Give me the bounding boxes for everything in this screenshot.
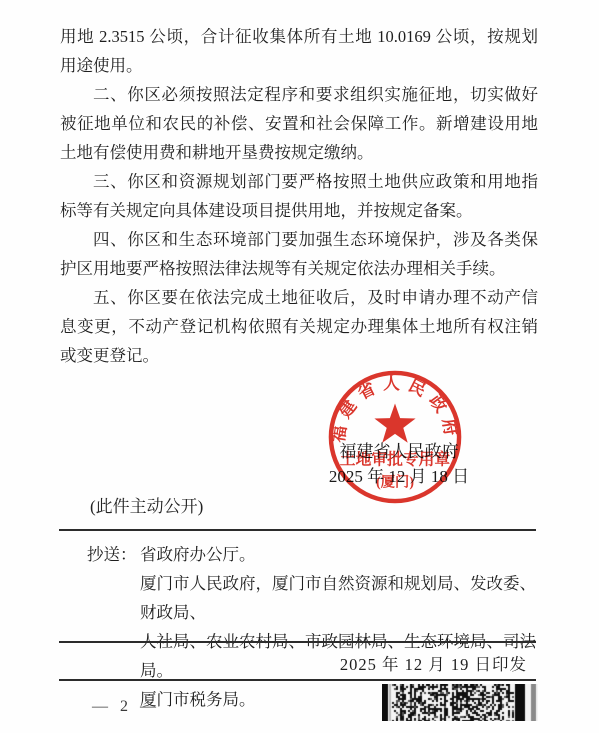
body-paragraph: 五、你区要在依法完成土地征收后，及时申请办理不动产信息变更，不动产登记机构依照有… <box>60 283 538 370</box>
cc-line: 省政府办公厅。 <box>140 540 547 569</box>
divider-line-top <box>59 529 536 531</box>
body-paragraph: 四、你区和生态环境部门要加强生态环境保护，涉及各类保护区用地要严格按照法律法规等… <box>60 225 538 283</box>
seal-title: 土地审批专用章 <box>340 450 451 469</box>
cc-line: 厦门市人民政府，厦门市自然资源和规划局、发改委、财政局、 <box>140 569 547 627</box>
barcode <box>382 684 538 721</box>
page-number: — 2 — <box>92 698 160 716</box>
document-body: 用地 2.3515 公顷，合计征收集体所有土地 10.0169 公顷，按规划用途… <box>60 22 538 370</box>
divider-line-bottom <box>59 679 536 681</box>
document-page: 用地 2.3515 公顷，合计征收集体所有土地 10.0169 公顷，按规划用途… <box>0 0 599 733</box>
body-paragraph: 三、你区和资源规划部门要严格按照土地供应政策和用地指标等有关规定向具体建设项目提… <box>60 167 538 225</box>
divider-line-middle <box>59 641 536 643</box>
cc-label: 抄送： <box>87 540 140 714</box>
body-paragraph: 用地 2.3515 公顷，合计征收集体所有土地 10.0169 公顷，按规划用途… <box>60 22 538 80</box>
body-paragraph: 二、你区必须按照法定程序和要求组织实施征地，切实做好被征地单位和农民的补偿、安置… <box>60 80 538 167</box>
print-date: 2025 年 12 月 19 日印发 <box>340 651 527 675</box>
official-seal: 福建省人民政府 土地审批专用章 (厦门) <box>326 367 464 509</box>
disclosure-note: (此件主动公开) <box>90 492 203 517</box>
star-icon <box>374 404 415 443</box>
seal-subtitle: (厦门) <box>376 472 414 490</box>
